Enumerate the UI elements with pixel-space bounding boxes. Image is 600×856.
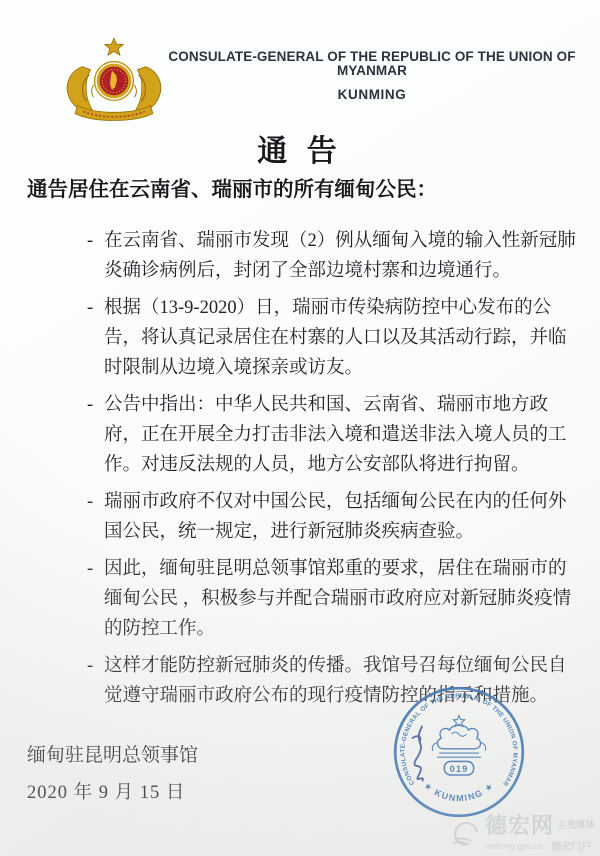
bullet-marker: - xyxy=(87,651,104,711)
bullet-text: 根据（13-9-2020）日，瑞丽市传染病防控中心发布的公告，将认真记录居住在村… xyxy=(104,293,581,383)
bullet-marker: - xyxy=(87,226,104,286)
watermark-tagline: 主流媒体 xyxy=(557,817,595,831)
salutation-line: 通告居住在云南省、瑞丽市的所有缅甸公民： xyxy=(27,172,587,202)
bullet-item-5: - 因此，缅甸驻昆明总领事馆郑重的要求，居住在瑞丽市的缅甸公民 ，积极参与并配合… xyxy=(87,554,581,644)
seal-number: 019 xyxy=(450,763,469,774)
signing-organization: 缅甸驻昆明总领事馆 xyxy=(27,740,198,767)
watermark-portal: 德宏门户 xyxy=(551,838,591,853)
notice-body: - 在云南省、瑞丽市发现（2）例从缅甸入境的输入性新冠肺炎确诊病例后，封闭了全部… xyxy=(87,226,581,718)
dehong-logo-icon xyxy=(451,819,481,849)
bullet-item-4: - 瑞丽市政府不仅对中国公民，包括缅甸公民在内的任何外国公民，统一规定，进行新冠… xyxy=(87,487,581,547)
consulate-city: KUNMING xyxy=(163,88,581,102)
bullet-text: 在云南省、瑞丽市发现（2）例从缅甸入境的输入性新冠肺炎确诊病例后，封闭了全部边境… xyxy=(104,226,581,286)
bullet-marker: - xyxy=(87,293,104,383)
consulate-stamp-seal: 019 CONSULATE-GENERAL OF THE REPUBLIC OF… xyxy=(391,684,527,820)
consulate-name: CONSULATE-GENERAL OF THE REPUBLIC OF THE… xyxy=(163,50,581,78)
site-watermark: 德宏网 主流媒体 dehong.gov.cn 德宏门户 xyxy=(451,815,595,853)
bullet-marker: - xyxy=(87,554,104,644)
bullet-item-3: - 公告中指出：中华人民共和国、云南省、瑞丽市地方政府，正在开展全力打击非法入境… xyxy=(87,390,581,480)
bullet-marker: - xyxy=(87,487,104,547)
bullet-text: 瑞丽市政府不仅对中国公民，包括缅甸公民在内的任何外国公民，统一规定，进行新冠肺炎… xyxy=(104,487,581,547)
bullet-marker: - xyxy=(87,390,104,480)
notice-title: 通 告 xyxy=(0,126,600,170)
myanmar-state-emblem-icon xyxy=(63,38,165,128)
notice-date: 2020 年 9 月 15 日 xyxy=(27,778,185,804)
signature-scribble-icon xyxy=(412,726,423,781)
bullet-item-2: - 根据（13-9-2020）日，瑞丽市传染病防控中心发布的公告，将认真记录居住… xyxy=(87,293,581,383)
seal-bottom-text: ★ KUNMING ★ xyxy=(422,780,496,803)
bullet-text: 因此，缅甸驻昆明总领事馆郑重的要求，居住在瑞丽市的缅甸公民 ，积极参与并配合瑞丽… xyxy=(104,554,581,644)
watermark-url: dehong.gov.cn xyxy=(485,841,543,851)
svg-text:★ KUNMING ★: ★ KUNMING ★ xyxy=(422,780,496,803)
bullet-item-1: - 在云南省、瑞丽市发现（2）例从缅甸入境的输入性新冠肺炎确诊病例后，封闭了全部… xyxy=(87,226,581,286)
letterhead: CONSULATE-GENERAL OF THE REPUBLIC OF THE… xyxy=(163,50,581,102)
bullet-text: 公告中指出：中华人民共和国、云南省、瑞丽市地方政府，正在开展全力打击非法入境和遣… xyxy=(104,390,581,480)
watermark-site-name: 德宏网 xyxy=(485,815,554,837)
notice-document: CONSULATE-GENERAL OF THE REPUBLIC OF THE… xyxy=(0,0,600,856)
